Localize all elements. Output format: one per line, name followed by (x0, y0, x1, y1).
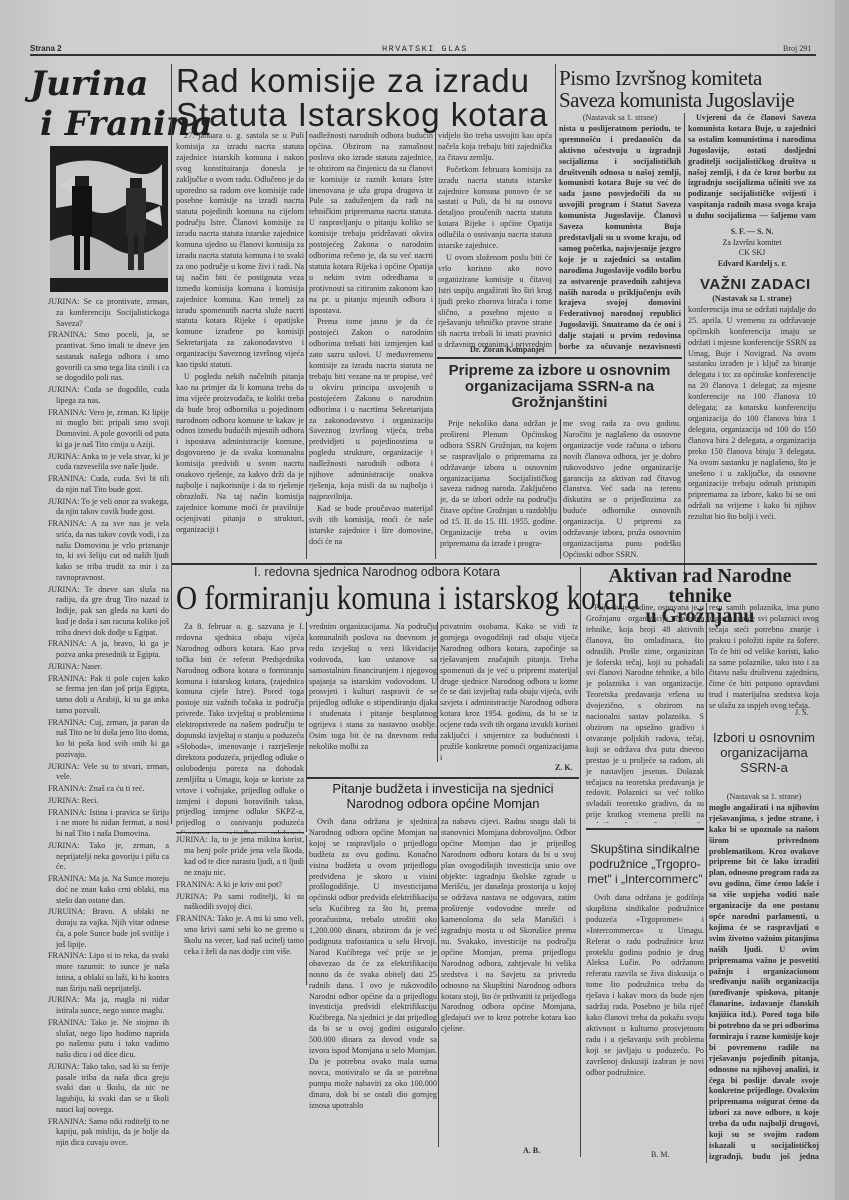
jurina-franina-dialogue: JURINA: Se ca prontivate, zrman, za konf… (48, 297, 169, 1177)
newspaper-page: Strana 2 HRVATSKI GLAS Broj 291 Jurina i… (0, 0, 849, 1200)
dialogue-text: A ki je kriv oni pot? (216, 880, 282, 889)
dialogue-line: JURINA: Ma ja, magla ni nidar istirala s… (48, 995, 169, 1017)
dialogue-line: JURINA: Tako tako, sad ki su ferije pasa… (48, 1062, 169, 1116)
column-divider (306, 835, 307, 985)
speaker-name: JURUINA: (48, 907, 92, 916)
signature-kompanjet: Dr. Zoran Kompanjet (470, 345, 545, 354)
dialogue-line: JURINA: Naser. (48, 662, 169, 673)
formiranje-col-2: vrednim organizacijama. Na području komu… (309, 622, 437, 764)
speaker-name: FRANINA: (48, 639, 91, 648)
column-divider (706, 603, 707, 1163)
woodcut-illustration (50, 146, 168, 292)
dialogue-line: FRANINA: Lipo si to reka, da svaki more … (48, 951, 169, 994)
speaker-name: FRANINA: (48, 951, 89, 960)
speaker-name: JURINA: (48, 796, 81, 805)
statut-col-3: vidjelo što treba usvojiti kao opća nače… (438, 131, 552, 351)
column-divider (306, 131, 307, 559)
column-divider (437, 622, 438, 762)
signature-js: J. S. (795, 708, 809, 717)
signature-bm: B. M. (651, 1150, 669, 1159)
dialogue-line: FRANINA: Vero je, zrman. Ki lipije ni mo… (48, 408, 169, 451)
dialogue-line: FRANINA: Tako je. A mi ki smo veli, smo … (176, 914, 304, 958)
issue-number: Broj 291 (783, 44, 811, 53)
dialogue-line: JURINA: Tako je, zrman, a neprijatelji n… (48, 841, 169, 873)
headline-pripreme: Pripreme za izbore u osnovnim organizaci… (437, 363, 682, 411)
column-divider (684, 113, 685, 583)
headline-saveza: Saveza komunista Jugoslavije (559, 88, 821, 112)
kicker-redovna-sjednica: I. redovna sjednica Narodnog odbora Kota… (176, 565, 578, 579)
speaker-name: JURINA: (48, 841, 89, 850)
speaker-name: FRANINA: (48, 674, 90, 683)
page-number: Strana 2 (30, 44, 62, 53)
dialogue-line: FRANINA: Cuj, zrman, ja paran da naš Tit… (48, 718, 169, 761)
dialogue-line: JURINA: Reci. (48, 796, 169, 807)
dialogue-line: JURINA: Se ca prontivate, zrman, za konf… (48, 297, 169, 329)
column-divider (435, 131, 436, 559)
page-edge-shadow (835, 0, 849, 1200)
dialogue-line: JURINA: Ja, to je jena mikina korist, ma… (176, 835, 304, 879)
section-rule (586, 828, 704, 830)
dialogue-text: Znaš ca ću ti reć. (89, 784, 145, 793)
dialogue-line: FRANINA: Samo niki roditelji to ne kapij… (48, 1117, 169, 1149)
speaker-name: JURINA: (48, 385, 84, 394)
dialogue-line: FRANINA: Pak ti pole cujen kako se ferma… (48, 674, 169, 717)
speaker-name: JURINA: (48, 995, 85, 1004)
dialogue-line: JURUINA: Bravo. A oblaki ne duraju za va… (48, 907, 169, 950)
tehnika-col-1: Prije dvije godine, osnovana je u Grožnj… (586, 603, 704, 823)
signature-zk: Z. K. (555, 763, 573, 772)
dialogue-line: JURINA: Vele su to stvari, zrman, vele. (48, 762, 169, 784)
speaker-name: FRANINA: (48, 474, 91, 483)
speaker-name: JURINA: (48, 762, 83, 771)
jurina-franina-continued: JURINA: Ja, to je jena mikina korist, ma… (176, 835, 304, 990)
dialogue-line: FRANINA: A za sve nas je vela srića, da … (48, 519, 169, 584)
column-divider (555, 64, 556, 354)
dialogue-line: FRANINA: Tako je. Ne stojmo ih slušat, n… (48, 1018, 169, 1061)
speaker-name: FRANINA: (48, 874, 89, 883)
speaker-name: FRANINA: (48, 808, 90, 817)
dialogue-text: Reci. (81, 796, 98, 805)
speaker-name: JURINA: (176, 835, 210, 844)
continuation-rule (176, 832, 304, 833)
paper-name: HRVATSKI GLAS (382, 44, 468, 54)
headline-momjan: Pitanje budžeta i investicija na sjednic… (307, 781, 579, 811)
speaker-name: JURINA: (48, 452, 81, 461)
statut-col-2: nadležnosti narodnih odbora budućih opći… (309, 131, 433, 561)
column-divider (171, 64, 172, 824)
masthead-rule (30, 54, 816, 56)
headline-formiranje: O formiranju komuna i istarskog kotara (176, 580, 522, 618)
dialogue-line: FRANINA: Znaš ca ću ti reć. (48, 784, 169, 795)
speaker-name: FRANINA: (176, 880, 216, 889)
signature-ab: A. B. (523, 1146, 540, 1155)
speaker-name: JURINA: (48, 585, 85, 594)
dialogue-line: JURINA: Pa sami roditelji, ki su naškodi… (176, 892, 304, 914)
izbori-body: (Nastavak sa 1. strane) moglo angažirati… (709, 792, 819, 1162)
speaker-name: JURINA: (48, 662, 81, 671)
dialogue-line: FRANINA: Smo poceli, ja, se prantivat. S… (48, 330, 169, 384)
headline-izbori: Izbori u osnovnim organizacijama SSRN-a (709, 730, 819, 775)
section-rule (307, 777, 579, 779)
column-divider (580, 567, 581, 1157)
tehnika-col-2: resu samih polaznika, ima puno izgleda, … (709, 603, 819, 713)
vazni-zadaci-body: (Nastavak sa 1. strane) konferencija ima… (688, 294, 816, 566)
dialogue-line: FRANINA: Istina i pravica se širiju i ne… (48, 808, 169, 840)
speaker-name: JURINA: (48, 297, 84, 306)
speaker-name: JURINA: (176, 892, 214, 901)
speaker-name: FRANINA: (176, 914, 217, 923)
pismo-col-2: Uvjereni da će članovi Saveza komunista … (688, 113, 816, 223)
speaker-name: FRANINA: (48, 330, 94, 339)
statut-col-1: 27. januara o. g. sastala se u Puli komi… (176, 131, 304, 561)
jurina-title: Jurina (30, 64, 148, 104)
skupstina-body: Ovih dana održana je godišnja skupština … (586, 893, 704, 1151)
headline-vazni-zadaci: VAŽNI ZADACI (700, 276, 811, 293)
formiranje-col-3: privatnim osobama. Kako se vidi iz gornj… (440, 622, 578, 764)
speaker-name: FRANINA: (48, 784, 89, 793)
headline-skupstina: Skupština sindikalne podružnice „Trgopro… (586, 842, 704, 887)
speaker-name: JURINA: (48, 1062, 82, 1071)
dialogue-line: JURINA: Anka to je vela stvar, ki je cud… (48, 452, 169, 474)
headline-pismo: Pismo Izvršnog komiteta (559, 66, 821, 90)
pripreme-col-2: me svog rada za ovu godinu. Naročito je … (563, 419, 681, 559)
dialogue-line: JURINA: To je veli onor za svakega, da n… (48, 497, 169, 519)
speaker-name: FRANINA: (48, 1018, 91, 1027)
momjan-col-2: za nabavu cijevi. Radnu snagu dali bi st… (441, 817, 576, 1147)
column-divider (560, 419, 561, 559)
speaker-name: FRANINA: (48, 718, 90, 727)
column-divider (438, 817, 439, 1147)
formiranje-col-1: Za 8. februar o. g. sazvana je I. redovn… (176, 622, 304, 834)
pismo-col-1: (Nastavak sa 1. strane) nista u poslijer… (559, 113, 681, 353)
dialogue-line: FRANINA: A ja, bravo, ki ga je pozva ank… (48, 639, 169, 661)
headline-formiranje-wrap: O formiranju komuna i istarskog kotara (176, 580, 578, 620)
pismo-closing: S. F. — S. N. Za Izvršni komitet CK SKJ … (688, 227, 816, 269)
headline-statuta: Statuta Istarskog kotara (176, 98, 549, 131)
section-rule (437, 357, 682, 359)
speaker-name: FRANINA: (48, 1117, 89, 1126)
dialogue-line: FRANINA: A ki je kriv oni pot? (176, 880, 304, 891)
dialogue-text: A za sve nas je vela srića, da nas takov… (56, 519, 169, 582)
speaker-name: FRANINA: (48, 408, 89, 417)
momjan-col-1: Ovih dana održana je sjednica Narodnog o… (309, 817, 437, 1147)
headline-rad-komisije: Rad komisije za izradu (176, 64, 530, 97)
pripreme-col-1: Prije nekoliko dana održan je prošireni … (440, 419, 557, 559)
dialogue-line: FRANINA: Ma ja. Na Sunce moreju doć ne z… (48, 874, 169, 906)
dialogue-line: JURINA: Cuda se dogodilo, cuda lipega za… (48, 385, 169, 407)
dialogue-line: FRANINA: Cuda, cuda. Svi bi tili da njin… (48, 474, 169, 496)
speaker-name: JURINA: (48, 497, 81, 506)
speaker-name: FRANINA: (48, 519, 91, 528)
dialogue-line: JURINA: Te dneve san sluša na radiju, da… (48, 585, 169, 639)
dialogue-text: Naser. (81, 662, 102, 671)
